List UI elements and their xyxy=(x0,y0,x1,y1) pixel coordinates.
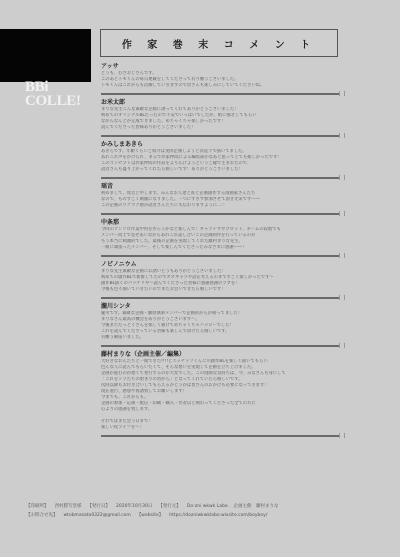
comment-line: 読者さんも盛り上がってくれたら嬉しいです！ありがとうございました！ xyxy=(101,167,341,173)
colophon-label: 【印刷所】 xyxy=(26,504,49,509)
colophon-value: wtobmasato0322@gmail.com xyxy=(64,513,131,518)
divider xyxy=(101,435,339,437)
comment-line: 今後も色々描いていきたいのでまたお会いできたら嬉しいです！ xyxy=(101,287,341,293)
author-name: ノビノニウム xyxy=(101,261,341,269)
colophon-value: 西村謄写堂様 xyxy=(55,504,82,509)
colophon-row: 【印刷所】西村謄写堂様【発行日】2020年10月30日【発行元】Do-zni w… xyxy=(26,502,284,511)
comment-entry: 瀧川シンタ瀧川です。素敵な企画・藤原執筆メンバーで企画的からが帰ってました！まり… xyxy=(101,303,341,341)
comment-line: トモくんはこれからも活躍していきますので皆さんも楽しみにしていてくださいね。 xyxy=(101,83,341,89)
divider xyxy=(101,213,339,215)
colophon-label: 【website】 xyxy=(137,513,163,518)
author-name: 瀧川シンタ xyxy=(101,303,341,311)
colophon-value: https://dozniwkwklabo.wixsite.com/boyboy… xyxy=(169,513,267,518)
comment-entry: お米太郎まりな先生こんな素敵な企画に誘ってくれてありがとうございました！初めての… xyxy=(101,99,341,131)
author-name: アッサ xyxy=(101,63,341,71)
author-name: 藤村まりな（企画主催／編集） xyxy=(101,351,341,359)
comment-entry: 瑶音初めまして、瑶音と申します。みんなお人達と賞と企画創作する漫画家さんたちなの… xyxy=(101,183,341,209)
comment-entry: かみしまあきらあきらです。年齢くらいご紹介は実際企画しようと決起下で描いてました… xyxy=(101,141,341,173)
author-name: お米太郎 xyxy=(101,99,341,107)
comment-entry: 藤村まりな（企画主催／編集）大好きなおんたちと一緒できた!!!!とエッチッソくん… xyxy=(101,351,341,431)
colophon-value: 2020年10月30日 xyxy=(116,504,152,509)
logo-line-2: COLLE! xyxy=(25,94,81,108)
page-title: 作 家 巻 末 コ メ ン ト xyxy=(122,36,316,51)
comment-entry: ノビノニウムまりな先生素敵な企画にお誘いどうもありがとうございました！初めての創… xyxy=(101,261,341,293)
comment-entry: アッサどうも、むさおじさんです。このあとトモくんの毎日連載をしてくださって有り難… xyxy=(101,63,341,89)
comment-line: 楽しい夜ライフを～！ xyxy=(101,425,341,431)
colophon-label: 【お問合せ先】 xyxy=(26,513,58,518)
colophon-value: Do-zni wkwk Labo. 企画主催 藤村まりな xyxy=(187,504,279,509)
divider xyxy=(101,135,339,137)
comment-line: 一緒に頑張ったメンバー、そして楽しんでくださったみなさまに感謝——！ xyxy=(101,245,341,251)
divider xyxy=(101,345,339,347)
comment-line: 読んでくださった皆様ありがとうございました！ xyxy=(101,125,341,131)
author-name: 中条那 xyxy=(101,219,341,227)
divider xyxy=(101,297,339,299)
author-name: 瑶音 xyxy=(101,183,341,191)
colophon: 【印刷所】西村謄写堂様【発行日】2020年10月30日【発行元】Do-zni w… xyxy=(26,502,284,520)
author-name: かみしまあきら xyxy=(101,141,341,149)
comments-list: アッサどうも、むさおじさんです。このあとトモくんの毎日連載をしてくださって有り難… xyxy=(101,62,341,441)
divider xyxy=(101,177,339,179)
colophon-row: 【お問合せ先】wtobmasato0322@gmail.com【website】… xyxy=(26,511,284,520)
colophon-label: 【発行元】 xyxy=(158,504,181,509)
logo-block: BBi COLLE! xyxy=(0,29,91,82)
comment-line: 有難う御座いました。 xyxy=(101,335,341,341)
colophon-label: 【発行日】 xyxy=(88,504,111,509)
logo-line-1: BBi xyxy=(25,80,81,94)
page-title-box: 作 家 巻 末 コ メ ン ト xyxy=(100,29,338,57)
comment-line: この企画のワクワク感が読者さんたちにも伝わりますように…♡ xyxy=(101,203,341,209)
divider xyxy=(101,255,339,257)
brand-logo: BBi COLLE! xyxy=(25,80,81,108)
comment-entry: 中条那今回のアンソロ作業中何を作ろうかなと楽しんで！キャラデザやプロット、ネーム… xyxy=(101,219,341,251)
divider xyxy=(101,93,339,95)
